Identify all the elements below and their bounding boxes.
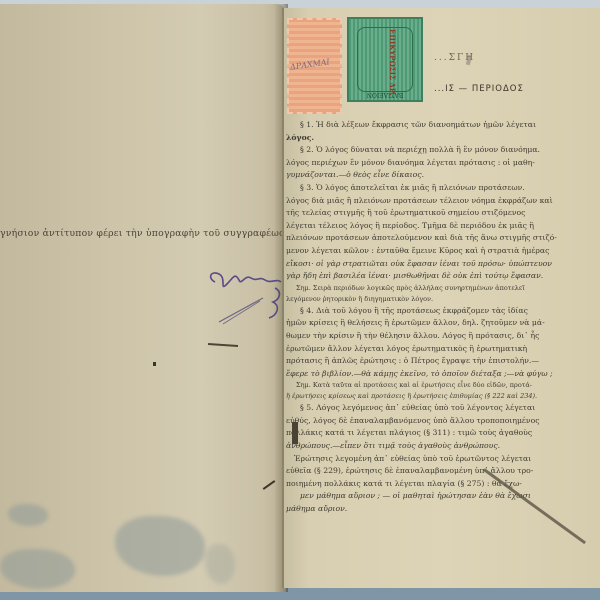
text-line: γυμνάζονται.—ὁ θεὸς εἶνε δίκαιος. bbox=[286, 169, 598, 182]
text-line: λόγος διὰ μιᾶς ἢ πλειόνων προτάσεων τέλε… bbox=[286, 195, 598, 208]
text-line: § 2. Ὁ λόγος δύναται νὰ περιέχῃ πολλὰ ἢ … bbox=[286, 144, 598, 157]
text-line: Ἐρώτησις λεγομένη ἀπ᾿ εὐθείας ὑπὸ τοῦ ἐρ… bbox=[286, 453, 598, 466]
text-line: ἔφερε τὸ βιβλίον.—θὰ κάμῃς ἐκεῖνο, τὸ ὁπ… bbox=[286, 368, 598, 381]
water-stain bbox=[0, 549, 75, 589]
text-line: ἐρωτῶμεν ἄλλον λέγεται λόγος ἐρωτηματικὸ… bbox=[286, 343, 598, 356]
stamp-frame bbox=[357, 27, 413, 92]
text-line: λόγος περιέχων ἓν μόνον διανόημα λέγεται… bbox=[286, 157, 598, 170]
note-line: Σημ. Σειρὰ περιόδων λογικῶς πρὸς ἀλλήλας… bbox=[286, 283, 598, 294]
text-line: § 1. Ἡ διὰ λέξεων ἔκφρασις τῶν διανοημάτ… bbox=[286, 119, 598, 132]
text-line: τῆς τελείας στιγμῆς ἢ τοῦ ἐρωτηματικοῦ σ… bbox=[286, 207, 598, 220]
text-line: ποιημένη πολλάκις κατά τι λέγεται πλαγία… bbox=[286, 478, 598, 491]
stamp-overprint: ΕΠΙΚΥΡΩΣΙΣ ΔΡ. bbox=[388, 29, 397, 96]
right-page: ΒΑΣΙΛΕΙΟΝ ΕΠΙΚΥΡΩΣΙΣ ΔΡ. ΔΡΑΧΜΑΙ ...ΣΓΗ … bbox=[282, 8, 600, 588]
pen-mark bbox=[208, 343, 238, 347]
left-page: γνήσιον ἀντίτυπον φέρει τὴν ὑπογραφὴν το… bbox=[0, 4, 286, 592]
text-line: εἴκοσι· οἱ γὰρ στρατιῶται οὐκ ἔφασαν ἰέν… bbox=[286, 258, 598, 271]
text-line: λέγεται τέλειος λόγος ἢ περίοδος. Τμῆμα … bbox=[286, 220, 598, 233]
text-line: μενον λέγεται κῶλον : ἐνταῦθα ἔμεινε Κῦρ… bbox=[286, 245, 598, 258]
stamp-label: ΒΑΣΙΛΕΙΟΝ bbox=[349, 91, 421, 98]
text-line: ἡμῶν κρίσεις ἢ θελήσεις ἢ ἐρωτῶμεν ἄλλον… bbox=[286, 317, 598, 330]
text-line: πλειόνων προτάσεων ἀποτελούμενον καὶ διὰ… bbox=[286, 232, 598, 245]
authenticity-note: γνήσιον ἀντίτυπον φέρει τὴν ὑπογραφὴν το… bbox=[0, 228, 280, 239]
text-line: ἀνθρώπους.—εἶπεν ὅτι τιμᾷ τοὺς ἀγαθοὺς ἀ… bbox=[286, 440, 598, 453]
text-line: μάθημα αὔριον. bbox=[286, 503, 598, 516]
note-line: ἢ ἐρωτήσεις κρίσεως καὶ προτάσεις ἢ ἐρωτ… bbox=[286, 391, 598, 402]
body-text: § 1. Ἡ διὰ λέξεων ἔκφρασις τῶν διανοημάτ… bbox=[286, 119, 598, 516]
water-stain bbox=[205, 544, 235, 584]
text-line: γὰρ ἤδη ἐπὶ βασιλέα ἰέναι· μισθωθῆναι δὲ… bbox=[286, 270, 598, 283]
text-line: εὐθύς, λόγος δὲ ἐπαναλαμβανόμενος ὑπὸ ἄλ… bbox=[286, 415, 598, 428]
text-line: § 3. Ὁ λόγος ἀποτελεῖται ἐκ μιᾶς ἢ πλειό… bbox=[286, 182, 598, 195]
text-line: μεν μάθημα αὔριον ; — οἱ μαθηταὶ ἠρώτησα… bbox=[286, 490, 598, 503]
section-title: ...ΙΣ — ΠΕΡΙΟΔΟΣ bbox=[434, 84, 524, 94]
text-line: § 4. Διὰ τοῦ λόγου ἢ τῆς προτάσεως ἐκφρά… bbox=[286, 305, 598, 318]
ink-dot bbox=[153, 362, 156, 366]
note-line: Σημ. Κατὰ ταῦτα αἱ προτάσεις καὶ αἱ ἐρωτ… bbox=[286, 380, 598, 391]
water-stain bbox=[115, 516, 205, 576]
green-revenue-stamp: ΒΑΣΙΛΕΙΟΝ ΕΠΙΚΥΡΩΣΙΣ ΔΡ. bbox=[347, 17, 423, 102]
revenue-stamps: ΒΑΣΙΛΕΙΟΝ ΕΠΙΚΥΡΩΣΙΣ ΔΡ. ΔΡΑΧΜΑΙ bbox=[284, 12, 434, 112]
handwritten-signature bbox=[205, 266, 285, 326]
water-stain bbox=[8, 504, 48, 526]
text-line: λόγος. bbox=[286, 132, 598, 145]
text-line: πολλάκις κατά τι λέγεται πλάγιος (§ 311)… bbox=[286, 427, 598, 440]
text-line: θωμεν τὴν κρίσιν ἢ τὴν θέλησιν ἄλλου. Λό… bbox=[286, 330, 598, 343]
ink-blot bbox=[292, 422, 298, 444]
text-line: εὐθεῖα (§ 229), ἐρώτησις δὲ ἐπαναλαμβανο… bbox=[286, 465, 598, 478]
text-line: πρότασις ἢ ἁπλῶς ἐρώτησις : ὁ Πέτρος ἔγρ… bbox=[286, 355, 598, 368]
text-line: § 5. Λόγος λεγόμενος ἀπ᾿ εὐθείας ὑπὸ τοῦ… bbox=[286, 402, 598, 415]
note-line: λεγόμενον ῥητορικὸν ἢ διηγηματικὸν λόγον… bbox=[286, 294, 598, 305]
